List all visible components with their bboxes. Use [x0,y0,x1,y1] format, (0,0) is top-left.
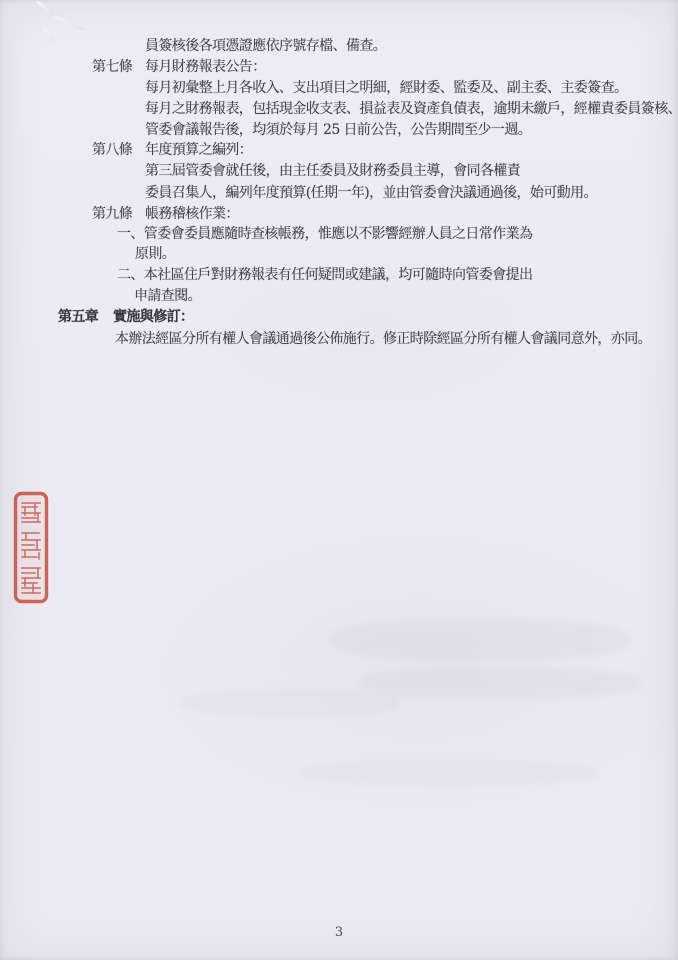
red-seal-stamp-icon [13,491,51,605]
line-text: 每月財務報表公告： [145,59,266,76]
bleedthrough-smudge [330,620,630,660]
line-text: 帳務稽核作業： [145,206,239,223]
document-page: 員簽核後各項憑證應依序號存檔、備查。 第七條 每月財務報表公告： 每月初彙整上月… [0,0,678,960]
line-text: 管委會議報告後，均須於每月 25 日前公告，公告期間至少一週。 [145,122,531,139]
line-text: 年度預算之編列： [145,142,252,159]
bleedthrough-smudge [180,690,400,716]
article-label: 第七條 [92,59,132,76]
line-text: 一、管委會委員應隨時查核帳務，惟應以不影響經辦人員之日常作業為 [117,226,532,243]
chapter-label: 第五章 [58,309,98,326]
line-text: 本辦法經區分所有權人會議通過後公佈施行。修正時除經區分所有權人會議同意外，亦同。 [115,331,651,348]
article-label: 第八條 [92,142,132,159]
line-text: 每月初彙整上月各收入、支出項目之明細，經財委、監委及、副主委、主委簽查。 [145,80,627,97]
line-text: 實施與修訂： [113,309,193,326]
line-text: 申請查閱。 [134,288,201,305]
line-text: 原則。 [135,246,175,263]
bleedthrough-smudge [360,668,640,698]
article-label: 第九條 [92,206,132,223]
line-text: 委員召集人，編列年度預算(任期一年)，並由管委會決議通過後，始可動用。 [145,185,597,202]
line-text: 每月之財務報表，包括現金收支表、損益表及資產負債表，逾期未繳戶，經權責委員簽核、 [145,101,678,118]
line-text: 二、本社區住戶對財務報表有任何疑問或建議，均可隨時向管委會提出 [117,267,532,284]
paper-crease-mark [53,15,85,31]
page-number: 3 [0,925,678,940]
paper-crease-mark [43,27,55,43]
line-text: 員簽核後各項憑證應依序號存檔、備查。 [145,38,386,55]
bleedthrough-smudge [300,760,600,786]
line-text: 第三屆管委會就任後，由主任委員及財務委員主導，會同各權責 [145,163,520,180]
